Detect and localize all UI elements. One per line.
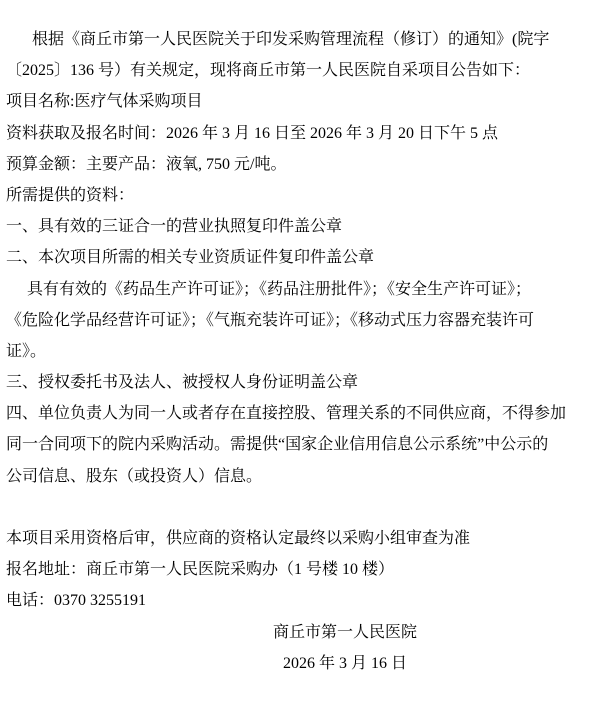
line-project-name: 项目名称:医疗气体采购项目 <box>6 86 586 117</box>
line-requirement-4-p3: 公司信息、股东（或投资人）信息。 <box>6 461 586 492</box>
line-requirement-3: 三、授权委托书及法人、被授权人身份证明盖公章 <box>6 367 586 398</box>
line-qualification-note: 本项目采用资格后审，供应商的资格认定最终以采购小组审查为准 <box>6 523 586 554</box>
signature-date: 2026 年 3 月 16 日 <box>6 648 586 679</box>
line-licenses-1: 具有有效的《药品生产许可证》；《药品注册批件》；《安全生产许可证》； <box>6 274 586 305</box>
line-requirement-4-p2: 同一合同项下的院内采购活动。需提供“国家企业信用信息公示系统”中公示的 <box>6 429 586 460</box>
announcement-document: 根据《商丘市第一人民医院关于印发采购管理流程（修订）的通知》(院字 〔2025〕… <box>0 0 592 705</box>
line-budget: 预算金额：主要产品：液氧, 750 元/吨。 <box>6 149 586 180</box>
line-signup-time: 资料获取及报名时间：2026 年 3 月 16 日至 2026 年 3 月 20… <box>6 118 586 149</box>
line-licenses-2: 《危险化学品经营许可证》；《气瓶充装许可证》；《移动式压力容器充装许可 <box>6 305 586 336</box>
line-materials-heading: 所需提供的资料： <box>6 180 586 211</box>
signature-org: 商丘市第一人民医院 <box>6 617 586 648</box>
line-requirement-1: 一、具有效的三证合一的营业执照复印件盖公章 <box>6 211 586 242</box>
line-intro-p1: 根据《商丘市第一人民医院关于印发采购管理流程（修订）的通知》(院字 <box>6 24 586 55</box>
line-phone: 电话：0370 3255191 <box>6 585 586 616</box>
line-licenses-3: 证》。 <box>6 336 586 367</box>
line-requirement-4-p1: 四、单位负责人为同一人或者存在直接控股、管理关系的不同供应商，不得参加 <box>6 398 586 429</box>
line-requirement-2: 二、本次项目所需的相关专业资质证件复印件盖公章 <box>6 242 586 273</box>
line-signup-address: 报名地址：商丘市第一人民医院采购办（1 号楼 10 楼） <box>6 554 586 585</box>
line-intro-p2: 〔2025〕136 号）有关规定，现将商丘市第一人民医院自采项目公告如下： <box>6 55 586 86</box>
line-blank <box>6 492 586 523</box>
